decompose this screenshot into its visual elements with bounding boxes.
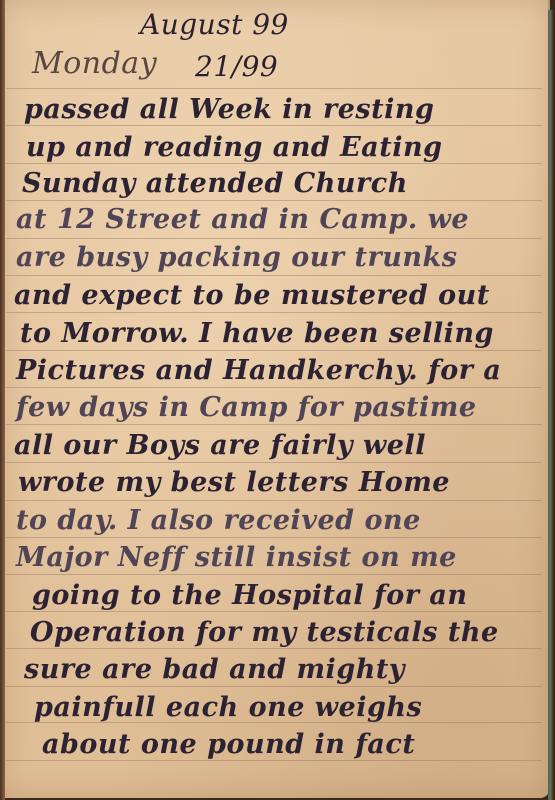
ruled-line (6, 125, 542, 126)
page-stack-edge (548, 10, 555, 800)
ruled-line (6, 200, 542, 201)
entry-line: sure are bad and mighty (24, 654, 405, 685)
ruled-line (6, 312, 542, 313)
ruled-line (6, 686, 542, 687)
ruled-line (6, 387, 542, 388)
entry-line: at 12 Street and in Camp. we (16, 204, 469, 235)
entry-line: wrote my best letters Home (18, 467, 450, 498)
entry-line: all our Boys are fairly well (14, 430, 426, 461)
header-month-year: August 99 (140, 8, 289, 41)
entry-line: few days in Camp for pastime (16, 392, 477, 423)
entry-line: Operation for my testicals the (30, 617, 499, 648)
entry-line: to Morrow. I have been selling (20, 318, 494, 349)
ruled-line (6, 424, 542, 425)
ruled-line (6, 648, 542, 649)
entry-line: about one pound in fact (42, 729, 415, 760)
ruled-line (6, 611, 542, 612)
entry-line: up and reading and Eating (26, 132, 442, 163)
entry-line: Sunday attended Church (22, 168, 408, 199)
entry-line: passed all Week in resting (24, 94, 434, 125)
ruled-line (6, 163, 542, 164)
ruled-line (6, 574, 542, 575)
ruled-line (6, 500, 542, 501)
entry-line: to day. I also received one (16, 505, 421, 536)
ruled-line (6, 88, 542, 89)
entry-line: painfull each one weighs (34, 692, 422, 723)
entry-line: Major Neff still insist on me (16, 542, 457, 573)
entry-line: and expect to be mustered out (14, 280, 490, 311)
ruled-line (6, 275, 542, 276)
header-day-label: Monday (32, 46, 157, 81)
ruled-line (6, 350, 542, 351)
diary-page: August 99 Monday 21/99 passed all Week i… (0, 0, 550, 798)
ruled-line (6, 462, 542, 463)
entry-line: going to the Hospital for an (32, 580, 467, 611)
ruled-line (6, 537, 542, 538)
entry-line: are busy packing our trunks (16, 242, 457, 273)
ruled-line (6, 238, 542, 239)
entry-line: Pictures and Handkerchy. for a (16, 355, 501, 386)
header-date: 21/99 (195, 50, 278, 83)
ruled-line (6, 760, 542, 761)
page-binding-edge (0, 0, 5, 800)
